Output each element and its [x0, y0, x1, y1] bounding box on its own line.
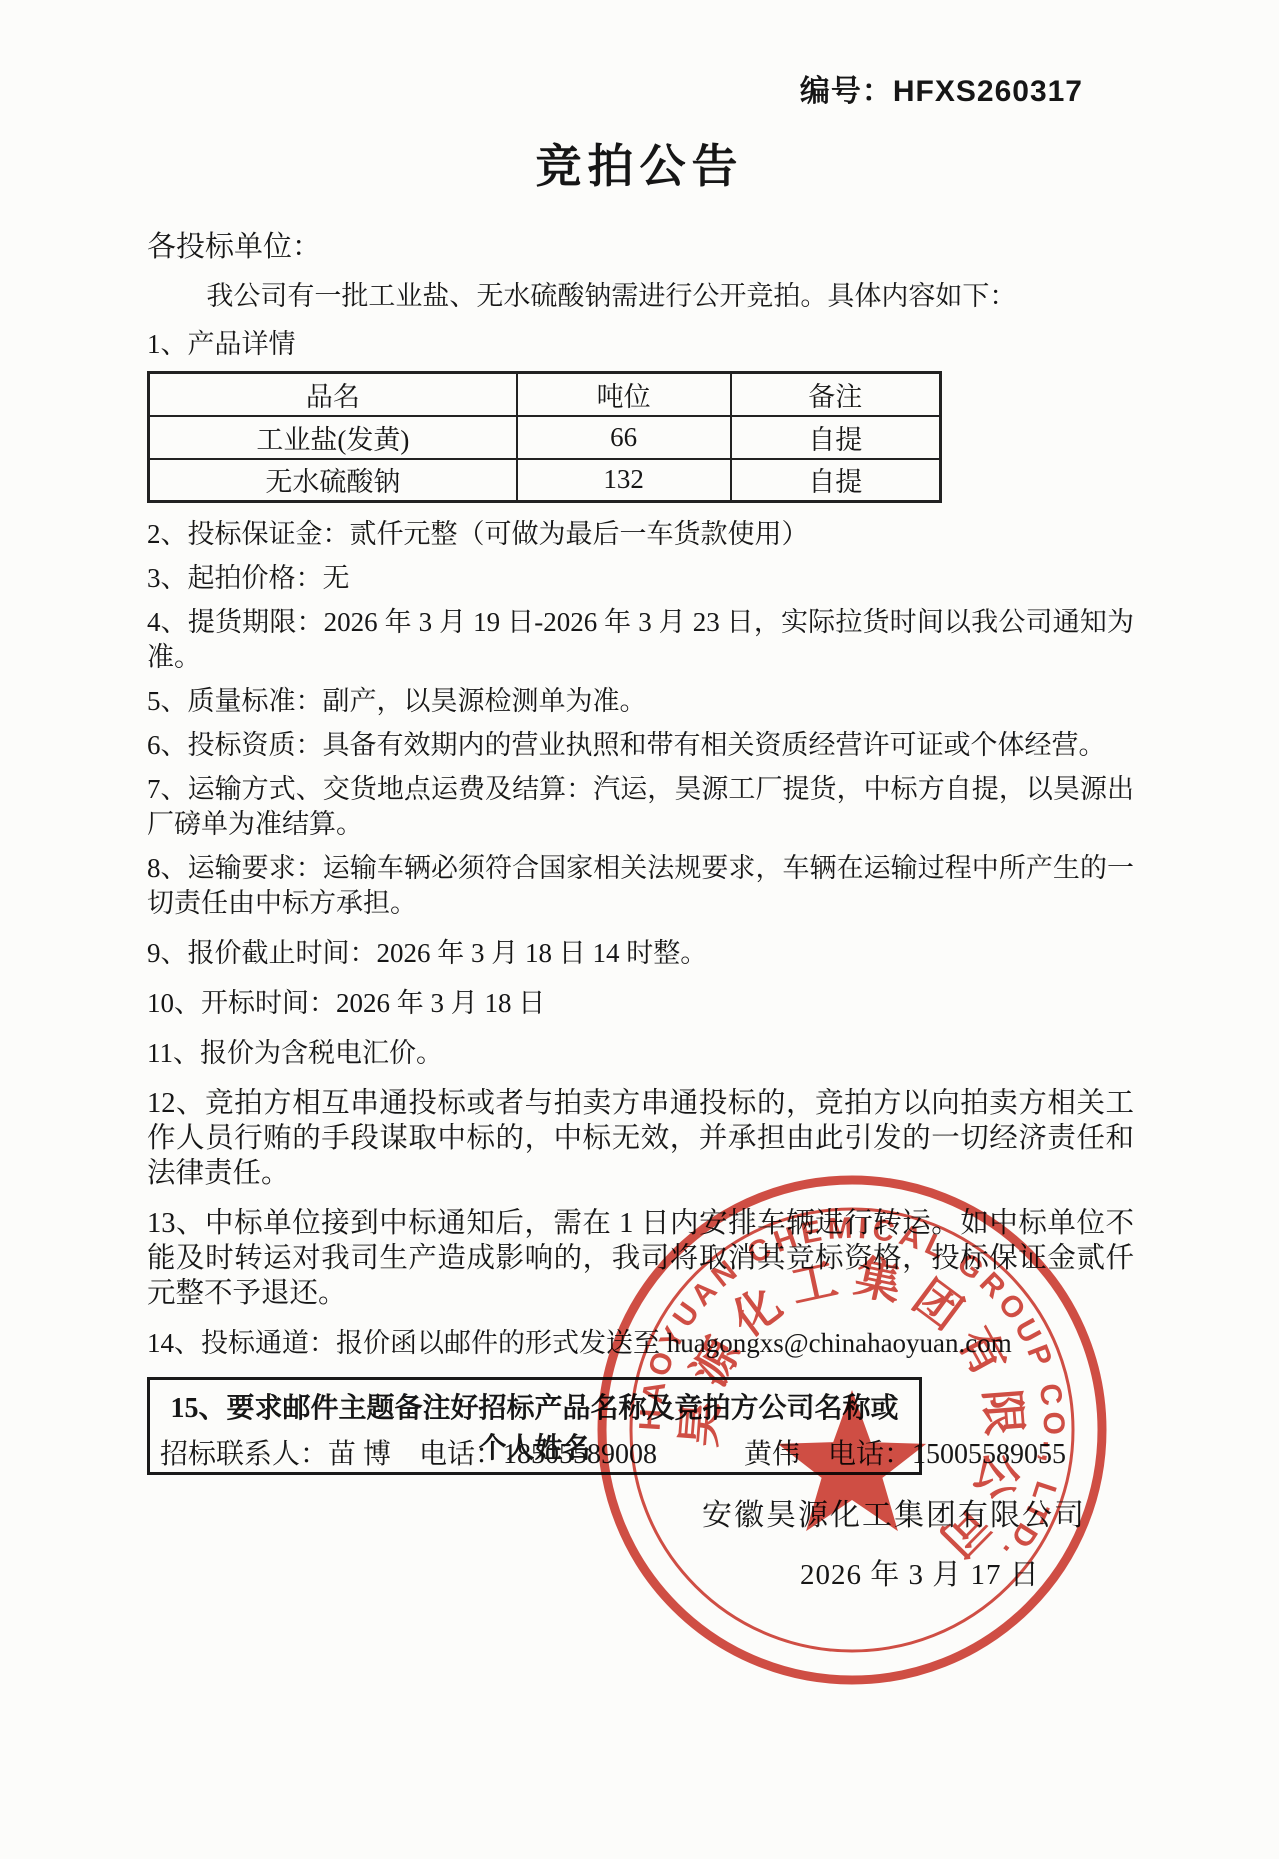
col-header-name: 品名 [149, 373, 517, 416]
document-page: 编号：HFXS260317 竞拍公告 各投标单位： 我公司有一批工业盐、无水硫酸… [0, 0, 1279, 1859]
signature-date: 2026 年 3 月 17 日 [800, 1552, 1040, 1593]
intro-paragraph: 我公司有一批工业盐、无水硫酸钠需进行公开竞拍。具体内容如下： [147, 279, 1134, 314]
notice-item: 10、开标时间：2026 年 3 月 18 日 [147, 986, 1134, 1021]
notice-items: 2、投标保证金：贰仟元整（可做为最后一车货款使用） 3、起拍价格：无 4、提货期… [147, 517, 1134, 1361]
table-header-row: 品名 吨位 备注 [149, 373, 941, 416]
doc-number: 编号：HFXS260317 [0, 66, 1279, 110]
cell-product-name: 工业盐(发黄) [149, 416, 517, 459]
cell-tonnage: 132 [517, 459, 731, 502]
company-signature: 安徽昊源化工集团有限公司 [702, 1490, 1086, 1534]
col-header-note: 备注 [731, 373, 941, 416]
salutation: 各投标单位： [147, 224, 1134, 265]
cell-note: 自提 [731, 416, 941, 459]
notice-item: 13、中标单位接到中标通知后，需在 1 日内安排车辆进行转运。如中标单位不能及时… [147, 1206, 1134, 1311]
contact-secondary: 黄伟 电话：15005589055 [744, 1432, 1066, 1472]
notice-item: 9、报价截止时间：2026 年 3 月 18 日 14 时整。 [147, 936, 1134, 971]
notice-item: 2、投标保证金：贰仟元整（可做为最后一车货款使用） [147, 517, 1134, 552]
cell-note: 自提 [731, 459, 941, 502]
notice-item: 5、质量标准：副产，以昊源检测单为准。 [147, 684, 1134, 719]
document-body: 各投标单位： 我公司有一批工业盐、无水硫酸钠需进行公开竞拍。具体内容如下： 1、… [0, 224, 1279, 1475]
table-row: 无水硫酸钠 132 自提 [149, 459, 941, 502]
notice-item: 4、提货期限：2026 年 3 月 19 日-2026 年 3 月 23 日，实… [147, 605, 1134, 675]
notice-item: 3、起拍价格：无 [147, 561, 1134, 596]
cell-product-name: 无水硫酸钠 [149, 459, 517, 502]
contact-primary: 招标联系人：苗 博 电话：18505589008 [160, 1432, 657, 1472]
cell-tonnage: 66 [517, 416, 731, 459]
notice-item: 12、竞拍方相互串通投标或者与拍卖方串通投标的，竞拍方以向拍卖方相关工作人员行贿… [147, 1086, 1134, 1191]
notice-item: 14、投标通道：报价函以邮件的形式发送至 huagongxs@chinahaoy… [147, 1326, 1134, 1361]
item-product-details-label: 1、产品详情 [147, 322, 1134, 361]
product-table: 品名 吨位 备注 工业盐(发黄) 66 自提 无水硫酸钠 132 [147, 371, 942, 503]
table-body: 工业盐(发黄) 66 自提 无水硫酸钠 132 自提 [149, 416, 941, 502]
notice-item: 11、报价为含税电汇价。 [147, 1036, 1134, 1071]
notice-item: 7、运输方式、交货地点运费及结算：汽运，昊源工厂提货，中标方自提，以昊源出厂磅单… [147, 772, 1134, 842]
notice-item: 6、投标资质：具备有效期内的营业执照和带有相关资质经营许可证或个体经营。 [147, 728, 1134, 763]
page-title: 竞拍公告 [0, 130, 1279, 196]
col-header-tonnage: 吨位 [517, 373, 731, 416]
notice-item: 8、运输要求：运输车辆必须符合国家相关法规要求，车辆在运输过程中所产生的一切责任… [147, 851, 1134, 921]
table-row: 工业盐(发黄) 66 自提 [149, 416, 941, 459]
